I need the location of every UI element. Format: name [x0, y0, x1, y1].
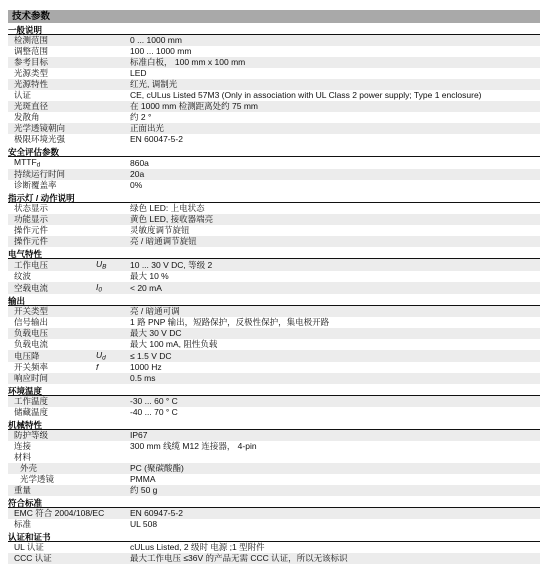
spec-row: 材料	[8, 452, 540, 463]
spec-row: 极限环境光强EN 60047-5-2	[8, 134, 540, 145]
datasheet-page: 技术参数 一般说明检测范围0 ... 1000 mm调整范围100 ... 10…	[0, 0, 546, 564]
row-value: -40 ... 70 ° C	[130, 407, 540, 418]
spec-row: 负载电流最大 100 mA, 阻性负载	[8, 339, 540, 350]
row-value: 最大工作电压 ≤36V 的产品无需 CCC 认证，所以无该标识	[130, 553, 540, 564]
row-value: IP67	[130, 430, 540, 441]
row-label: 开关频率	[8, 362, 96, 373]
row-value: 1000 Hz	[130, 362, 540, 373]
row-symbol-subscript: 0	[98, 287, 102, 294]
spec-row: 光学透镜朝向正面出光	[8, 123, 540, 134]
row-value: ≤ 1.5 V DC	[130, 351, 540, 362]
row-symbol: I0	[96, 282, 130, 294]
row-value: 10 ... 30 V DC, 等级 2	[130, 260, 540, 271]
row-value: 亮 / 暗通调节旋钮	[130, 236, 540, 247]
row-label: 外壳	[8, 463, 96, 474]
spec-row: EMC 符合 2004/108/ECEN 60947-5-2	[8, 508, 540, 519]
spec-row: 认证CE, cULus Listed 57M3 (Only in associa…	[8, 90, 540, 101]
spec-row: 标准UL 508	[8, 519, 540, 530]
row-symbol: f	[96, 362, 130, 373]
spec-row: 纹波最大 10 %	[8, 271, 540, 282]
row-label: 防护等级	[8, 430, 96, 441]
row-value: 100 ... 1000 mm	[130, 46, 540, 57]
section-header: 一般说明	[8, 23, 540, 35]
row-label: 纹波	[8, 271, 96, 282]
row-label: MTTFd	[8, 157, 96, 169]
section-header: 符合标准	[8, 496, 540, 508]
row-label: 持续运行时间	[8, 169, 96, 180]
spec-row: 光学透镜PMMA	[8, 474, 540, 485]
section-header: 认证和证书	[8, 530, 540, 542]
row-label: UL 认证	[8, 542, 96, 553]
row-symbol-subscript: B	[102, 264, 106, 271]
row-value: 最大 10 %	[130, 271, 540, 282]
row-value: 在 1000 mm 检测距离处约 75 mm	[130, 101, 540, 112]
row-value: EN 60947-5-2	[130, 508, 540, 519]
spec-row: 调整范围100 ... 1000 mm	[8, 46, 540, 57]
row-label: 操作元件	[8, 225, 96, 236]
row-symbol-subscript: d	[102, 355, 106, 362]
spec-row: 开关频率f1000 Hz	[8, 362, 540, 373]
row-label: CCC 认证	[8, 553, 96, 564]
row-value: 0 ... 1000 mm	[130, 35, 540, 46]
row-label: 工作温度	[8, 396, 96, 407]
row-label: 诊断覆盖率	[8, 180, 96, 191]
row-value: LED	[130, 68, 540, 79]
row-symbol: UB	[96, 259, 130, 271]
row-value: 红光, 调制光	[130, 79, 540, 90]
spec-row: 负载电压最大 30 V DC	[8, 328, 540, 339]
row-value: UL 508	[130, 519, 540, 530]
row-value: 黄色 LED, 接收器端亮	[130, 214, 540, 225]
row-value: PMMA	[130, 474, 540, 485]
row-label: 光源类型	[8, 68, 96, 79]
row-value: PC (聚碳酸酯)	[130, 463, 540, 474]
row-label: 光学透镜朝向	[8, 123, 96, 134]
row-value: 0%	[130, 180, 540, 191]
spec-row: 发散角约 2 °	[8, 112, 540, 123]
row-value: CE, cULus Listed 57M3 (Only in associati…	[130, 90, 540, 101]
row-value: 1 路 PNP 输出，短路保护，反极性保护，集电极开路	[130, 317, 540, 328]
row-value: < 20 mA	[130, 283, 540, 294]
row-value: EN 60047-5-2	[130, 134, 540, 145]
row-label: 状态显示	[8, 203, 96, 214]
row-label: 光源特性	[8, 79, 96, 90]
spec-row: 储藏温度-40 ... 70 ° C	[8, 407, 540, 418]
row-value: 约 50 g	[130, 485, 540, 496]
row-value: 正面出光	[130, 123, 540, 134]
row-label: 响应时间	[8, 373, 96, 384]
spec-row: 光源特性红光, 调制光	[8, 79, 540, 90]
spec-row: 参考目标标准白板， 100 mm x 100 mm	[8, 57, 540, 68]
spec-row: 检测范围0 ... 1000 mm	[8, 35, 540, 46]
row-label: 光斑直径	[8, 101, 96, 112]
spec-row: 电压降Ud≤ 1.5 V DC	[8, 350, 540, 362]
row-label: 极限环境光强	[8, 134, 96, 145]
row-value: 最大 30 V DC	[130, 328, 540, 339]
row-value: 亮 / 暗通可调	[130, 306, 540, 317]
row-label: 空载电流	[8, 283, 96, 294]
row-label: 光学透镜	[8, 474, 96, 485]
spec-row: 连接300 mm 线缆 M12 连接器， 4-pin	[8, 441, 540, 452]
row-value: 最大 100 mA, 阻性负载	[130, 339, 540, 350]
row-label: 负载电压	[8, 328, 96, 339]
spec-row: 诊断覆盖率0%	[8, 180, 540, 191]
row-label-subscript: d	[37, 162, 41, 169]
row-value: cULus Listed, 2 级时 电源 ;1 型附件	[130, 542, 540, 553]
row-label: 检测范围	[8, 35, 96, 46]
spec-row: 信号输出1 路 PNP 输出，短路保护，反极性保护，集电极开路	[8, 317, 540, 328]
row-label: 操作元件	[8, 236, 96, 247]
row-value: 标准白板， 100 mm x 100 mm	[130, 57, 540, 68]
row-value: 绿色 LED: 上电状态	[130, 203, 540, 214]
row-label: 开关类型	[8, 306, 96, 317]
row-label: 信号输出	[8, 317, 96, 328]
spec-row: 防护等级IP67	[8, 430, 540, 441]
spec-row: 操作元件亮 / 暗通调节旋钮	[8, 236, 540, 247]
spec-row: 光源类型LED	[8, 68, 540, 79]
spec-row: 操作元件灵敏度调节旋钮	[8, 225, 540, 236]
row-label: 认证	[8, 90, 96, 101]
spec-row: 开关类型亮 / 暗通可调	[8, 306, 540, 317]
spec-row: 光斑直径在 1000 mm 检测距离处约 75 mm	[8, 101, 540, 112]
row-label: 标准	[8, 519, 96, 530]
spec-row: 外壳PC (聚碳酸酯)	[8, 463, 540, 474]
row-value: 860a	[130, 158, 540, 169]
section-header: 机械特性	[8, 418, 540, 430]
spec-row: 工作电压UB10 ... 30 V DC, 等级 2	[8, 259, 540, 271]
spec-table: 一般说明检测范围0 ... 1000 mm调整范围100 ... 1000 mm…	[8, 23, 540, 564]
row-label: 储藏温度	[8, 407, 96, 418]
spec-row: UL 认证cULus Listed, 2 级时 电源 ;1 型附件	[8, 542, 540, 553]
spec-row: 状态显示绿色 LED: 上电状态	[8, 203, 540, 214]
spec-row: 持续运行时间20a	[8, 169, 540, 180]
spec-row: 空载电流I0< 20 mA	[8, 282, 540, 294]
spec-row: 工作温度-30 ... 60 ° C	[8, 396, 540, 407]
row-label: 参考目标	[8, 57, 96, 68]
spec-row: MTTFd860a	[8, 157, 540, 169]
section-header: 指示灯 / 动作说明	[8, 191, 540, 203]
spec-row: 响应时间0.5 ms	[8, 373, 540, 384]
spec-row: 功能显示黄色 LED, 接收器端亮	[8, 214, 540, 225]
section-header: 环境温度	[8, 384, 540, 396]
page-title: 技术参数	[8, 10, 540, 23]
row-label: 工作电压	[8, 260, 96, 271]
row-label: 材料	[8, 452, 96, 463]
row-label: 连接	[8, 441, 96, 452]
section-header: 电气特性	[8, 247, 540, 259]
row-value: 0.5 ms	[130, 373, 540, 384]
row-label: 功能显示	[8, 214, 96, 225]
spec-row: 重量约 50 g	[8, 485, 540, 496]
row-value: 灵敏度调节旋钮	[130, 225, 540, 236]
section-header: 安全评估参数	[8, 145, 540, 157]
row-label: 发散角	[8, 112, 96, 123]
row-value: -30 ... 60 ° C	[130, 396, 540, 407]
row-label: 重量	[8, 485, 96, 496]
section-header: 输出	[8, 294, 540, 306]
row-label: EMC 符合 2004/108/EC	[8, 508, 96, 519]
row-label: 调整范围	[8, 46, 96, 57]
row-value: 20a	[130, 169, 540, 180]
row-label: 电压降	[8, 351, 96, 362]
spec-row: CCC 认证最大工作电压 ≤36V 的产品无需 CCC 认证，所以无该标识	[8, 553, 540, 564]
row-label: 负载电流	[8, 339, 96, 350]
row-symbol: Ud	[96, 350, 130, 362]
row-value: 300 mm 线缆 M12 连接器， 4-pin	[130, 441, 540, 452]
row-value: 约 2 °	[130, 112, 540, 123]
